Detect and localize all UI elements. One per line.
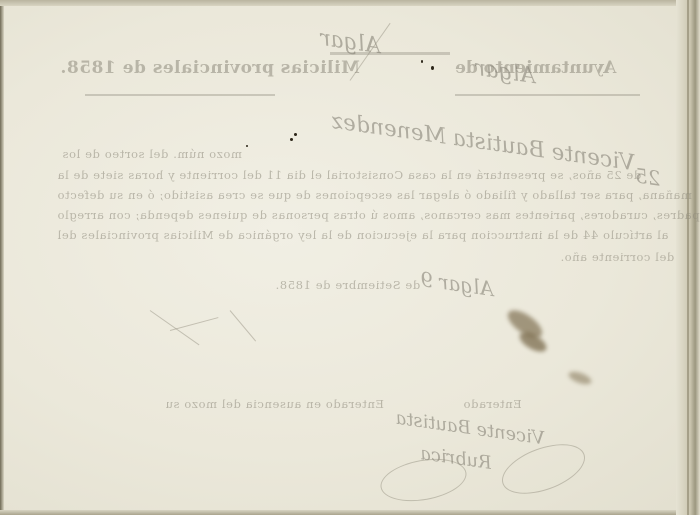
signature-name: Vicente Bautista xyxy=(394,408,546,450)
scanned-document-page: Milicias provinciales de 1858. Ayuntamie… xyxy=(0,0,700,515)
body-line-6: del corriente año. xyxy=(560,250,674,264)
ink-dot xyxy=(290,138,293,141)
pen-stroke xyxy=(170,317,219,331)
ink-dot xyxy=(246,145,248,147)
body-line-4: sus padres, curadores, parientes mas cer… xyxy=(57,208,700,222)
date-handwritten-place: Algar 9 xyxy=(419,267,496,301)
header-rule-right xyxy=(455,94,640,96)
binding-line xyxy=(687,0,689,515)
page-top-edge xyxy=(0,0,700,6)
body-line-3: mañana, para ser tallado y filiado ó ale… xyxy=(57,188,692,202)
footer-absence-label: Enterado en ausencia del mozo su xyxy=(165,397,384,411)
body-line-5: al artículo 44 de la instruccion para la… xyxy=(57,228,668,242)
pen-stroke xyxy=(230,310,256,341)
ink-dot xyxy=(431,66,434,70)
page-bottom-edge xyxy=(0,510,700,515)
body-line-1: mozo núm. del sorteo de los xyxy=(62,147,242,161)
body-line-2: de 25 años, se presentará en la casa Con… xyxy=(57,168,641,182)
handwritten-town-top: Algar xyxy=(319,26,383,59)
ink-dot xyxy=(294,133,297,136)
ink-dot xyxy=(421,60,423,63)
handwritten-name: Vicente Bautista Menendez xyxy=(330,109,637,176)
page-left-edge xyxy=(0,6,4,510)
date-printed: de Setiembre de 1858. xyxy=(275,278,420,292)
ink-stain xyxy=(567,369,593,387)
header-title-militia: Milicias provinciales de 1858. xyxy=(60,58,360,78)
footer-enterado-label: Enterado xyxy=(463,397,522,411)
header-rule-left xyxy=(85,94,275,96)
